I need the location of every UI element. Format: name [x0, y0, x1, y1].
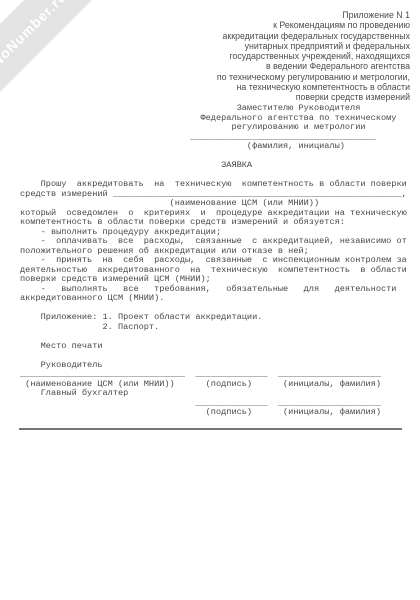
- application-form-text: Заместителю Руководителя Федерального аг…: [20, 104, 407, 418]
- watermark-text: NoNumber.ru: [0, 0, 70, 70]
- appendix-header-note: Приложение N 1 к Рекомендациям по провед…: [150, 10, 410, 103]
- document-page: NoNumber.ru Приложение N 1 к Рекомендаци…: [0, 0, 420, 600]
- bottom-divider: [19, 428, 402, 430]
- watermark-band: NoNumber.ru: [0, 0, 117, 117]
